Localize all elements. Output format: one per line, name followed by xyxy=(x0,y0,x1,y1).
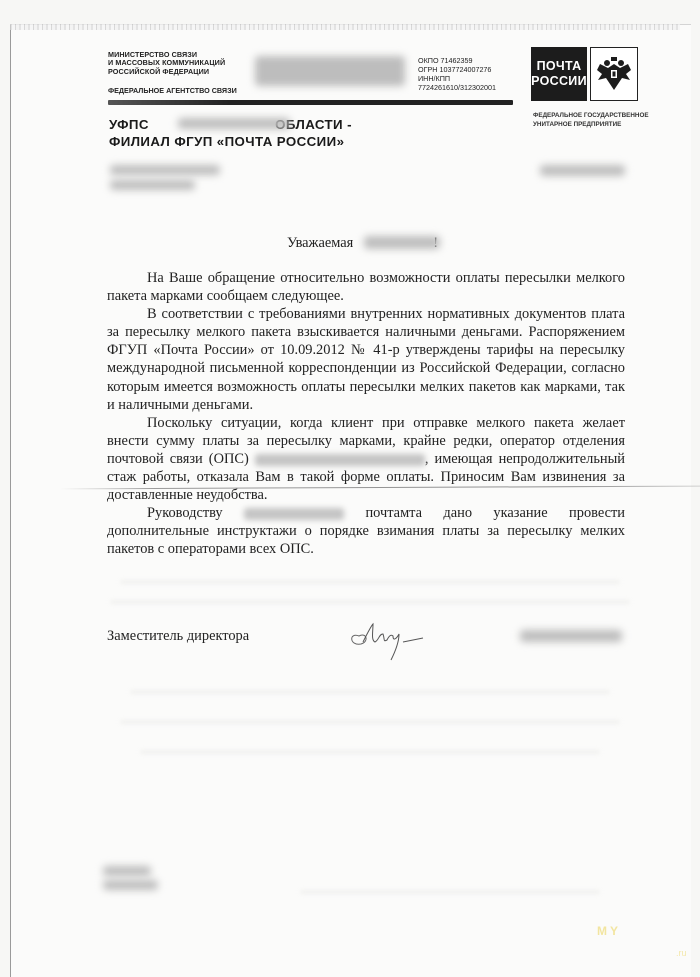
redacted-executor-name xyxy=(103,866,151,876)
redacted-recipient xyxy=(540,165,625,176)
registration-codes: ОКПО 71462359 ОГРН 1037724007276 ИНН/КПП… xyxy=(418,56,496,92)
agency-name: ФЕДЕРАЛЬНОЕ АГЕНТСТВО СВЯЗИ xyxy=(108,86,237,95)
redacted-post-office xyxy=(244,508,344,520)
site-watermark: MY xyxy=(597,924,621,938)
paragraph-2: В соответствии с требованиями внутренних… xyxy=(107,305,625,414)
inn-kpp-label: ИНН/КПП xyxy=(418,74,496,83)
bleed-through xyxy=(110,600,630,604)
redacted-operator-name xyxy=(255,454,425,466)
logo-line-2: РОССИИ xyxy=(531,74,587,89)
logo-line-1: ПОЧТА xyxy=(537,59,582,74)
redacted-address xyxy=(255,56,405,86)
bleed-through xyxy=(120,580,620,584)
logo-wordmark: ПОЧТА РОССИИ xyxy=(531,47,587,101)
letterhead-rule xyxy=(108,100,513,105)
sender-prefix: УФПС xyxy=(109,117,149,132)
redacted-name-blur xyxy=(364,236,440,249)
enterprise-type: ФЕДЕРАЛЬНОЕ ГОСУДАРСТВЕННОЕ УНИТАРНОЕ ПР… xyxy=(533,112,649,129)
enterprise-line: ФЕДЕРАЛЬНОЕ ГОСУДАРСТВЕННОЕ xyxy=(533,112,649,121)
handwritten-signature xyxy=(345,612,435,667)
sender-branch: ФИЛИАЛ ФГУП «ПОЧТА РОССИИ» xyxy=(109,133,352,150)
bleed-through xyxy=(130,690,610,694)
ministry-line: РОССИЙСКОЙ ФЕДЕРАЦИИ xyxy=(108,68,225,76)
okpo-code: ОКПО 71462359 xyxy=(418,56,496,65)
pochta-rossii-logo: ПОЧТА РОССИИ xyxy=(531,47,639,103)
paragraph-1: На Ваше обращение относительно возможнос… xyxy=(107,269,625,305)
ministry-name: МИНИСТЕРСТВО СВЯЗИ И МАССОВЫХ КОММУНИКАЦ… xyxy=(108,51,225,76)
bleed-through xyxy=(300,890,600,894)
signatory-title: Заместитель директора xyxy=(107,628,249,645)
redacted-signatory-name xyxy=(520,630,622,642)
double-headed-eagle-icon xyxy=(590,47,638,101)
redacted-executor-phone xyxy=(103,880,158,890)
site-watermark-domain: .ru xyxy=(676,948,687,958)
redacted-region-name xyxy=(178,118,290,129)
paragraph-3: Поскольку ситуации, когда клиент при отп… xyxy=(107,414,625,504)
paragraph-4: Руководству почтамта дано указание прове… xyxy=(107,504,625,558)
inn-kpp-value: 7724261610/312302001 xyxy=(418,83,496,92)
ogrn-code: ОГРН 1037724007276 xyxy=(418,65,496,74)
bleed-through xyxy=(120,720,620,724)
bleed-through xyxy=(140,750,600,754)
scan-edge-artifact xyxy=(10,24,680,30)
redacted-reference-number xyxy=(110,165,220,175)
paragraph-4-start: Руководству xyxy=(147,505,223,521)
letter-body: На Ваше обращение относительно возможнос… xyxy=(107,269,625,559)
enterprise-line: УНИТАРНОЕ ПРЕДПРИЯТИЕ xyxy=(533,121,649,130)
redacted-reference-date xyxy=(110,180,195,190)
salutation-text: Уважаемая xyxy=(287,235,353,251)
